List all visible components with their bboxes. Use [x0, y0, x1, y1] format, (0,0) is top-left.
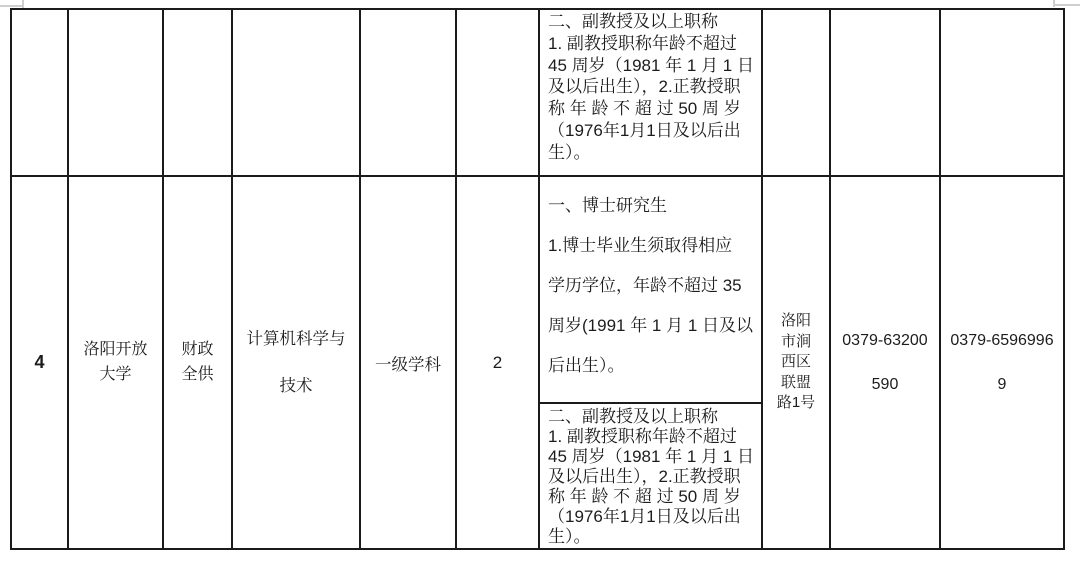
toprow-cell-funding — [162, 10, 231, 175]
toprow-cell-count — [455, 10, 538, 175]
cell-requirements: 一、博士研究生 1.博士毕业生须取得相应 学历学位，年龄不超过 35 周岁(19… — [538, 175, 761, 548]
toprow-cell-seq — [12, 10, 67, 175]
toprow-cell-major — [231, 10, 359, 175]
toprow-cell-requirements: 二、副教授及以上职称 1. 副教授职称年龄不超过 45 周岁（1981 年 1 … — [538, 10, 761, 175]
cell-count: 2 — [455, 175, 538, 548]
toprow-cell-school — [67, 10, 162, 175]
requirement-doctor: 一、博士研究生 1.博士毕业生须取得相应 学历学位，年龄不超过 35 周岁(19… — [540, 177, 761, 404]
cell-address: 洛阳 市涧 西区 联盟 路1号 — [761, 175, 829, 548]
cell-phone1: 0379-63200 590 — [829, 175, 939, 548]
toprow-cell-phone2 — [939, 10, 1063, 175]
requirement-professor: 二、副教授及以上职称 1. 副教授职称年龄不超过 45 周岁（1981 年 1 … — [540, 404, 761, 548]
cell-phone2: 0379-6596996 9 — [939, 175, 1063, 548]
cell-major: 计算机科学与 技术 — [231, 175, 359, 548]
page-edge-artifact-top-right-h — [1055, 4, 1080, 6]
toprow-cell-address — [761, 10, 829, 175]
document-page: 二、副教授及以上职称 1. 副教授职称年龄不超过 45 周岁（1981 年 1 … — [0, 0, 1080, 563]
cell-funding: 财政 全供 — [162, 175, 231, 548]
recruitment-table: 二、副教授及以上职称 1. 副教授职称年龄不超过 45 周岁（1981 年 1 … — [10, 8, 1065, 550]
page-edge-artifact-top-right-v — [1053, 0, 1055, 7]
page-edge-artifact-top-left-h — [0, 5, 23, 7]
toprow-cell-level — [359, 10, 455, 175]
toprow-cell-phone1 — [829, 10, 939, 175]
cell-seq: 4 — [12, 175, 67, 548]
cell-school: 洛阳开放 大学 — [67, 175, 162, 548]
cell-discipline-level: 一级学科 — [359, 175, 455, 548]
